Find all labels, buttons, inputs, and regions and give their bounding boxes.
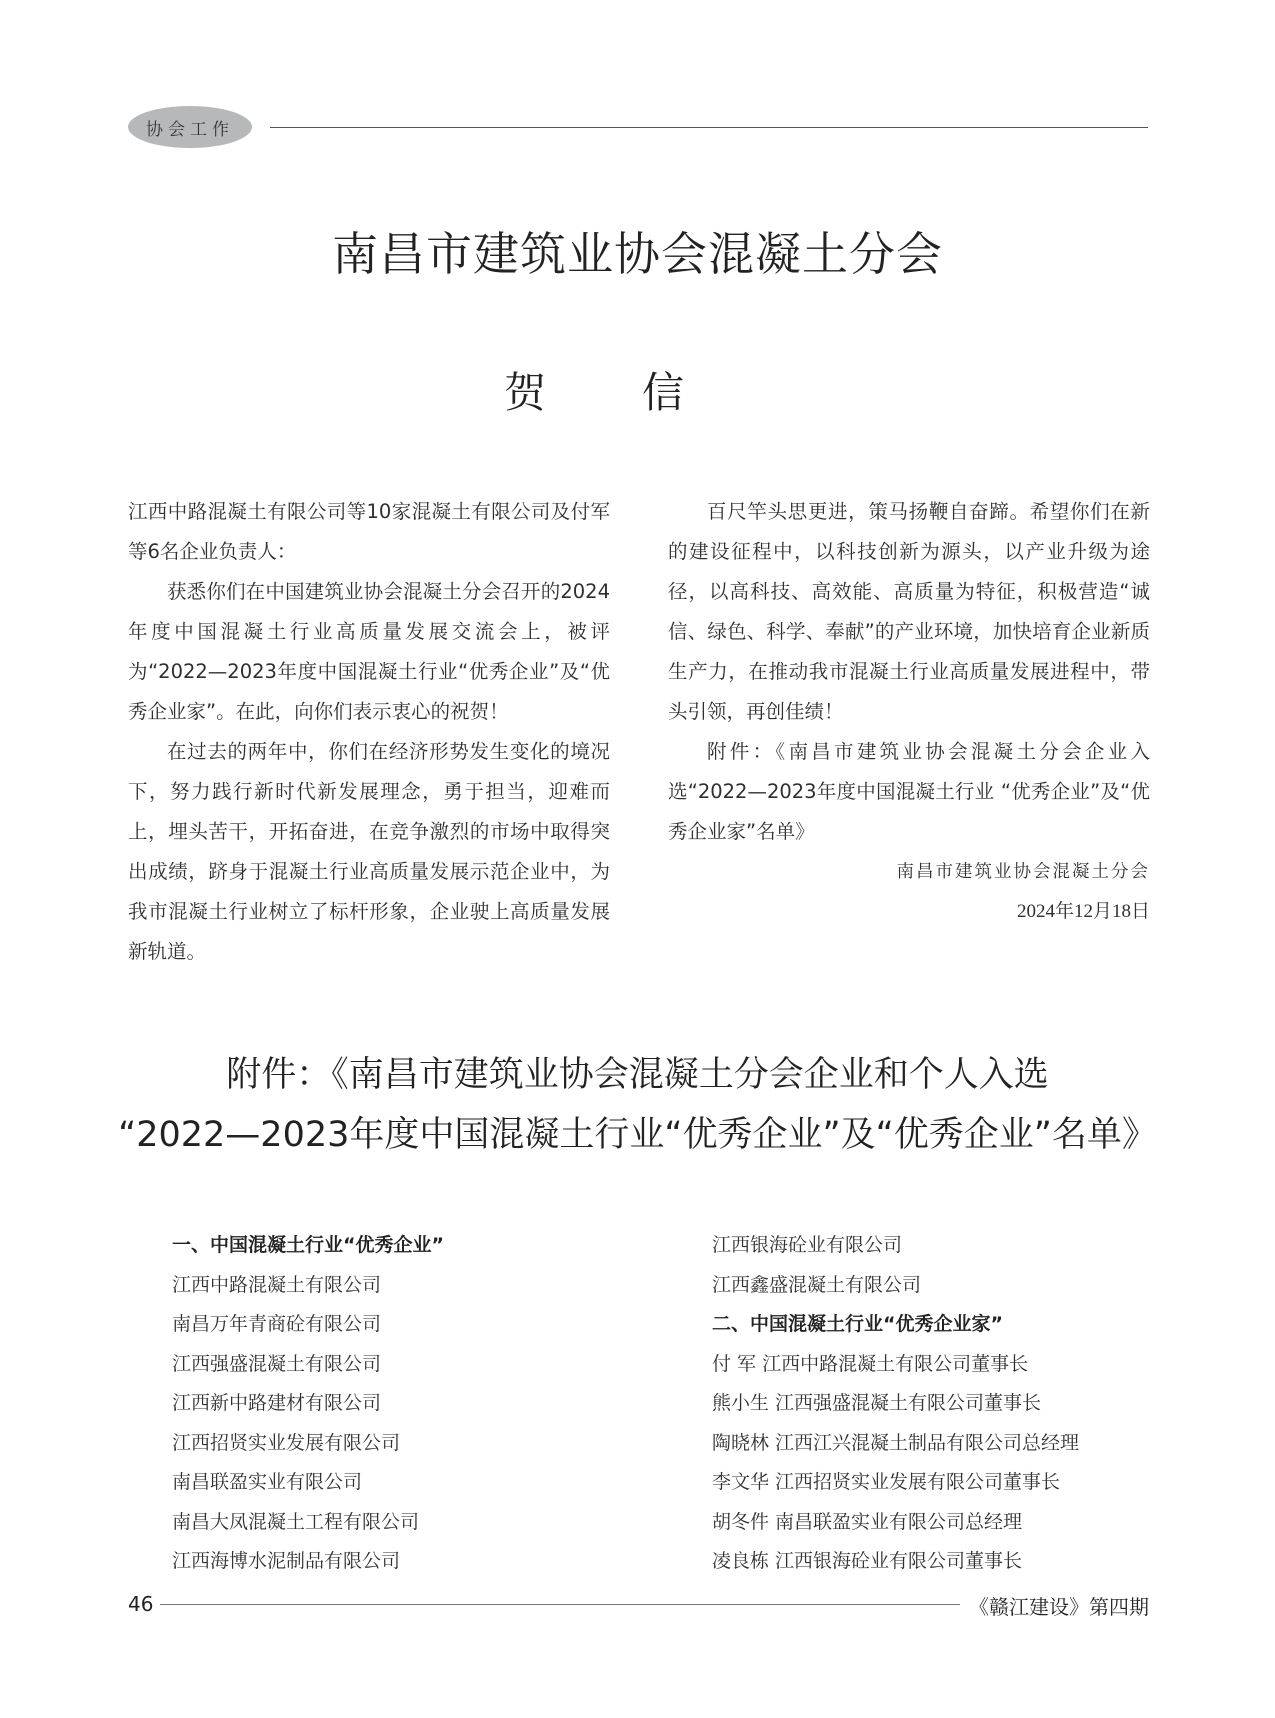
list-item: 李文华 江西招贤实业发展有限公司董事长	[712, 1463, 1079, 1503]
list-item: 江西中路混凝土有限公司	[172, 1266, 444, 1306]
list-item: 江西招贤实业发展有限公司	[172, 1424, 444, 1464]
letter-left-column: 江西中路混凝土有限公司等10家混凝土有限公司及付军等6名企业负责人： 获悉你们在…	[128, 492, 610, 972]
letter-paragraph: 在过去的两年中，你们在经济形势发生变化的境况下，努力践行新时代新发展理念，勇于担…	[128, 732, 610, 972]
list-item: 付 军 江西中路混凝土有限公司董事长	[712, 1345, 1079, 1385]
letter-right-column: 百尺竿头思更进，策马扬鞭自奋蹄。希望你们在新的建设征程中，以科技创新为源头，以产…	[668, 492, 1150, 932]
letter-signature: 南昌市建筑业协会混凝土分会	[668, 852, 1150, 892]
list-item: 江西强盛混凝土有限公司	[172, 1345, 444, 1385]
list-item: 南昌大凤混凝土工程有限公司	[172, 1503, 444, 1543]
list-item: 江西鑫盛混凝土有限公司	[712, 1266, 1079, 1306]
list-item: 南昌万年青商砼有限公司	[172, 1305, 444, 1345]
letter-date: 2024年12月18日	[668, 892, 1150, 932]
annex-list-right: 江西银海砼业有限公司 江西鑫盛混凝土有限公司 二、中国混凝土行业“优秀企业家” …	[712, 1226, 1079, 1582]
header-divider	[270, 127, 1148, 128]
annex-list-left: 一、中国混凝土行业“优秀企业” 江西中路混凝土有限公司 南昌万年青商砼有限公司 …	[172, 1226, 444, 1582]
list-item: 江西海博水泥制品有限公司	[172, 1542, 444, 1582]
list-heading: 一、中国混凝土行业“优秀企业”	[172, 1226, 444, 1266]
letter-paragraph: 百尺竿头思更进，策马扬鞭自奋蹄。希望你们在新的建设征程中，以科技创新为源头，以产…	[668, 492, 1150, 732]
letter-title-char-1: 贺	[504, 360, 546, 420]
list-item: 陶晓林 江西江兴混凝土制品有限公司总经理	[712, 1424, 1079, 1464]
list-item: 熊小生 江西强盛混凝土有限公司董事长	[712, 1384, 1079, 1424]
section-tag: 协会工作	[128, 106, 252, 148]
list-heading: 二、中国混凝土行业“优秀企业家”	[712, 1305, 1079, 1345]
list-item: 胡冬件 南昌联盈实业有限公司总经理	[712, 1503, 1079, 1543]
letter-attachment-note: 附件：《南昌市建筑业协会混凝土分会企业入选“2022—2023年度中国混凝土行业…	[668, 732, 1150, 852]
letter-title-char-2: 信	[642, 360, 684, 420]
letter-paragraph: 获悉你们在中国建筑业协会混凝土分会召开的2024年度中国混凝土行业高质量发展交流…	[128, 572, 610, 732]
letter-salutation: 江西中路混凝土有限公司等10家混凝土有限公司及付军等6名企业负责人：	[128, 492, 610, 572]
page-number: 46	[128, 1592, 153, 1616]
section-tag-label: 协会工作	[146, 115, 234, 140]
annex-title-line-1: 附件：《南昌市建筑业协会混凝土分会企业和个人入选	[0, 1046, 1275, 1104]
list-item: 南昌联盈实业有限公司	[172, 1463, 444, 1503]
list-item: 江西银海砼业有限公司	[712, 1226, 1079, 1266]
list-item: 江西新中路建材有限公司	[172, 1384, 444, 1424]
footer-divider	[160, 1604, 960, 1605]
publication-name: 《赣江建设》第四期	[969, 1591, 1149, 1620]
annex-title-line-2: “2022—2023年度中国混凝土行业“优秀企业”及“优秀企业”名单》	[0, 1106, 1275, 1164]
list-item: 凌良栋 江西银海砼业有限公司董事长	[712, 1542, 1079, 1582]
page-title: 南昌市建筑业协会混凝土分会	[0, 218, 1275, 284]
